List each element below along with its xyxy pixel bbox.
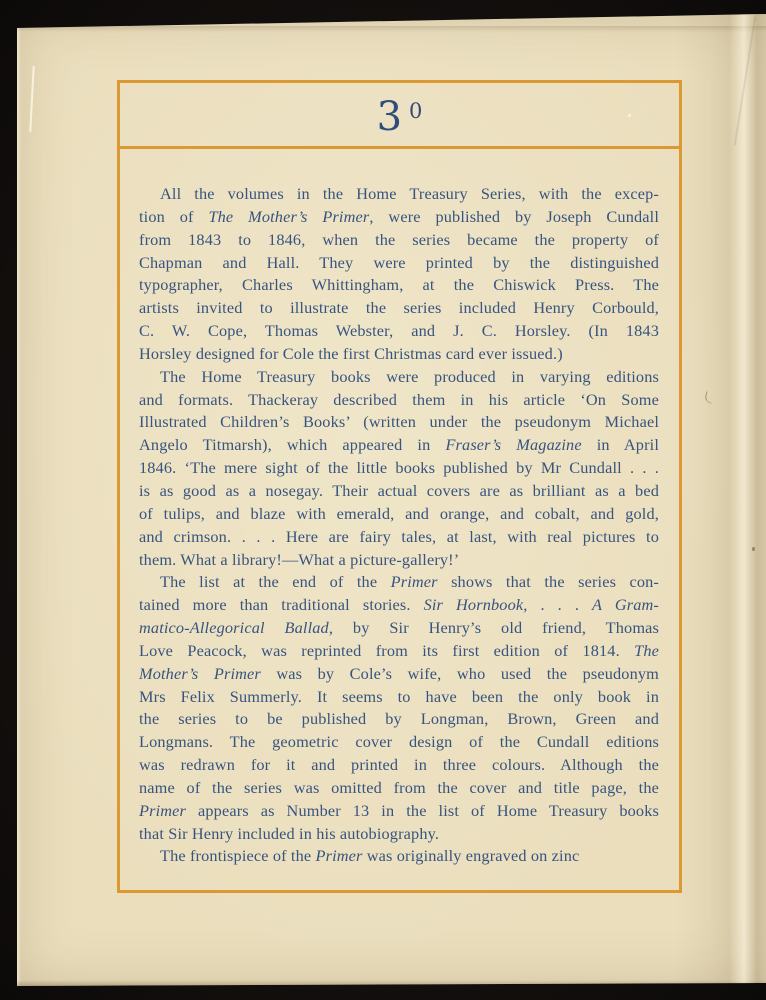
text-segment: shows that the series con- [438,572,659,591]
italic-text: Primer [316,846,363,865]
paragraph: The list at the end of the Primer shows … [139,571,659,845]
text-segment: was by Cole’s wife, who used the pseudon… [261,664,659,683]
text-line: artists invited to illustrate the series… [139,297,659,320]
text-segment: 1846. ‘The mere sight of the little book… [139,458,659,477]
text-line: C. W. Cope, Thomas Webster, and J. C. Ho… [139,320,659,343]
text-line: typographer, Charles Whittingham, at the… [139,274,659,297]
text-line: of tulips, and blaze with emerald, and o… [139,503,659,526]
paragraph: The frontispiece of the Primer was origi… [139,845,659,868]
text-segment: was redrawn for it and printed in three … [139,755,659,774]
page-left-edge-highlight [17,14,21,986]
italic-text: Mother’s Primer [139,664,261,683]
text-segment: The frontispiece of the [160,846,316,865]
paragraph: All the volumes in the Home Treasury Ser… [139,183,659,366]
paper-speck [628,114,631,117]
book-page: 30 All the volumes in the Home Treasury … [17,14,766,986]
italic-text: matico-Allegorical Ballad [139,618,329,637]
page-curl-shading [674,14,766,986]
text-line: them. What a library!—What a picture-gal… [139,549,659,572]
italic-text: Sir Hornbook, [424,595,528,614]
text-line: Love Peacock, was reprinted from its fir… [139,640,659,663]
text-segment: tion of [139,207,208,226]
text-segment: , by Sir Henry’s old friend, Thomas [329,618,659,637]
header-rule [120,146,679,149]
text-line: Chapman and Hall. They were printed by t… [139,252,659,275]
text-segment: Illustrated Children’s Books’ (written u… [139,412,659,431]
text-segment: appears as Number 13 in the list of Home… [186,801,659,820]
scan-background: 30 All the volumes in the Home Treasury … [0,0,766,1000]
text-line: Mrs Felix Summerly. It seems to have bee… [139,686,659,709]
text-segment: name of the series was omitted from the … [139,778,659,797]
text-line: The Home Treasury books were produced in… [139,366,659,389]
text-line: is as good as a nosegay. Their actual co… [139,480,659,503]
text-segment: typographer, Charles Whittingham, at the… [139,275,659,294]
text-line: tion of The Mother’s Primer, were publis… [139,206,659,229]
page-number-digit: 0 [409,87,422,135]
text-segment: Love Peacock, was reprinted from its fir… [139,641,634,660]
text-line: Primer appears as Number 13 in the list … [139,800,659,823]
italic-text: The [634,641,659,660]
text-line: 1846. ‘The mere sight of the little book… [139,457,659,480]
text-segment: was originally engraved on zinc [363,846,580,865]
text-line: Mother’s Primer was by Cole’s wife, who … [139,663,659,686]
text-line: Horsley designed for Cole the first Chri… [139,343,659,366]
text-segment: of tulips, and blaze with emerald, and o… [139,504,659,523]
ornamental-border-frame: 30 All the volumes in the Home Treasury … [117,80,682,893]
text-line: matico-Allegorical Ballad, by Sir Henry’… [139,617,659,640]
text-segment: that Sir Henry included in his autobiogr… [139,824,439,843]
body-text: All the volumes in the Home Treasury Ser… [139,183,659,868]
text-segment: C. W. Cope, Thomas Webster, and J. C. Ho… [139,321,659,340]
text-segment: artists invited to illustrate the series… [139,298,659,317]
italic-text: Primer [391,572,438,591]
text-line: The list at the end of the Primer shows … [139,571,659,594]
text-line: tained more than traditional stories. Si… [139,594,659,617]
italic-text: Fraser’s Magazine [445,435,581,454]
text-line: from 1843 to 1846, when the series becam… [139,229,659,252]
page-top-edge-shadow [17,26,766,32]
text-segment: tained more than traditional stories. [139,595,424,614]
text-segment: them. What a library!—What a picture-gal… [139,550,459,569]
page-bottom-edge-shadow [17,980,766,986]
text-line: and formats. Thackeray described them in… [139,389,659,412]
text-line: the series to be published by Longman, B… [139,708,659,731]
text-segment: The list at the end of the [160,572,391,591]
text-line: that Sir Henry included in his autobiogr… [139,823,659,846]
text-line: was redrawn for it and printed in three … [139,754,659,777]
text-segment: in April [582,435,659,454]
text-segment: . . . [527,595,592,614]
paper-speck [752,547,755,551]
text-segment: The Home Treasury books were produced in… [160,367,659,386]
text-line: Longmans. The geometric cover design of … [139,731,659,754]
text-line: Angelo Titmarsh), which appeared in Fras… [139,434,659,457]
italic-text: The Mother’s Primer [208,207,369,226]
text-segment: the series to be published by Longman, B… [139,709,659,728]
page-number-digit: 3 [377,93,402,141]
text-segment: All the volumes in the Home Treasury Ser… [160,184,659,203]
text-line: Illustrated Children’s Books’ (written u… [139,411,659,434]
text-line: The frontispiece of the Primer was origi… [139,845,659,868]
italic-text: A Gram- [592,595,659,614]
text-segment: Horsley designed for Cole the first Chri… [139,344,563,363]
text-line: name of the series was omitted from the … [139,777,659,800]
text-segment: Longmans. The geometric cover design of … [139,732,659,751]
text-segment: and crimson. . . . Here are fairy tales,… [139,527,659,546]
text-segment: is as good as a nosegay. Their actual co… [139,481,659,500]
text-segment: Angelo Titmarsh), which appeared in [139,435,445,454]
paragraph: The Home Treasury books were produced in… [139,366,659,572]
text-segment: Chapman and Hall. They were printed by t… [139,253,659,272]
under-page-edge [29,66,34,132]
text-segment: , were published by Joseph Cundall [369,207,659,226]
text-segment: Mrs Felix Summerly. It seems to have bee… [139,687,659,706]
text-line: and crimson. . . . Here are fairy tales,… [139,526,659,549]
text-segment: and formats. Thackeray described them in… [139,390,659,409]
italic-text: Primer [139,801,186,820]
text-line: All the volumes in the Home Treasury Ser… [139,183,659,206]
page-number: 30 [120,87,679,143]
text-segment: from 1843 to 1846, when the series becam… [139,230,659,249]
